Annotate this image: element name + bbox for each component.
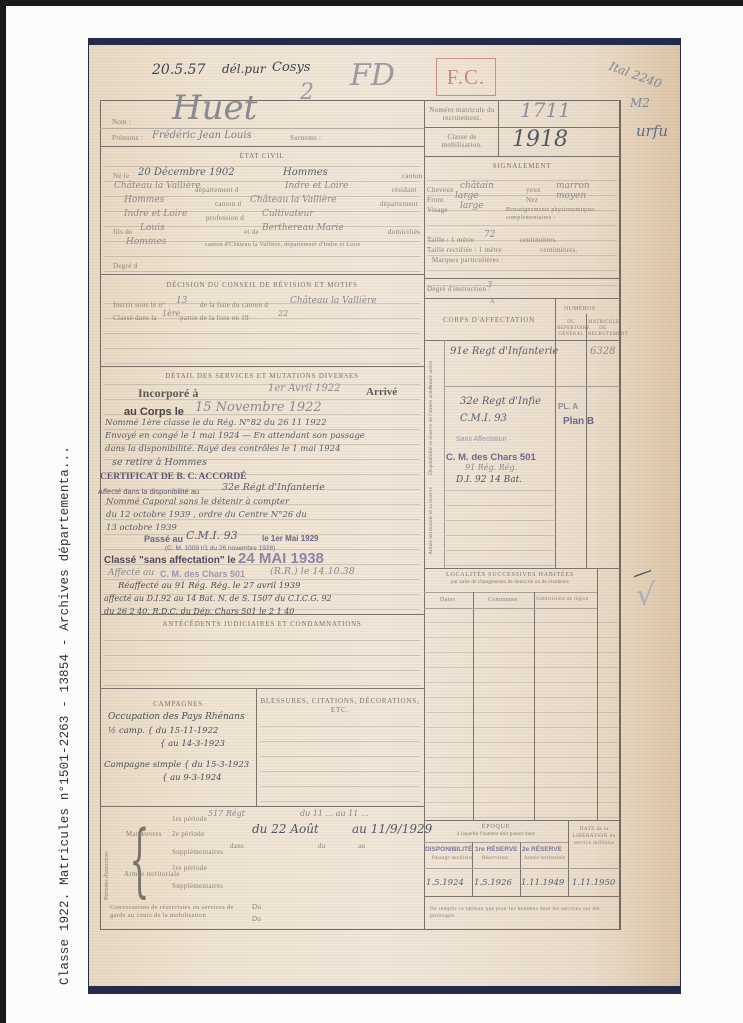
inscrit-label: Inscrit sous le n° bbox=[113, 301, 165, 309]
certificat-stamp: CERTIFICAT DE B. C. ACCORDÉ bbox=[100, 472, 247, 482]
periode2-label: 2e période bbox=[172, 830, 204, 838]
numeros-col2: MATRICULE DU RECRUTEMENT bbox=[588, 320, 618, 338]
birth-date: 20 Décembre 1902 bbox=[138, 167, 235, 178]
inscrit-num: 13 bbox=[176, 296, 187, 306]
canton-value: Château la Vallière bbox=[114, 181, 201, 191]
nez-value: moyen bbox=[556, 191, 586, 201]
epoque-col3-value: 1.11.1949 bbox=[521, 878, 564, 888]
residence-value: Hommes bbox=[124, 195, 164, 205]
nomme-line: Nommé Caporal sans le détenir à compter bbox=[106, 497, 289, 507]
epoque-subtitle: à laquelle l'homme doit passer dans bbox=[424, 832, 568, 837]
classe-partie-label: Classé dans la bbox=[113, 314, 157, 322]
margin-note-3: urfu bbox=[636, 122, 668, 140]
corps-affectation-title: CORPS D'AFFECTATION bbox=[424, 316, 554, 324]
localites-col-dates: Dates bbox=[440, 597, 455, 603]
epoque-footnote: Ne remplir ce tableau que pour les homme… bbox=[430, 906, 616, 920]
service-line: se retire à Hommes bbox=[112, 457, 207, 468]
partie-year: 22 bbox=[278, 309, 288, 318]
periode1-date: du 11 ... au 11 ... bbox=[300, 809, 369, 818]
ter-periode1-label: 1re période bbox=[172, 864, 207, 872]
domicile-value: Hommes bbox=[126, 237, 166, 247]
visage-value: large bbox=[460, 201, 484, 211]
affecte-value: 32e Régt d'Infanterie bbox=[222, 482, 325, 493]
departement2-label: département bbox=[380, 200, 418, 208]
epoque-col1: DISPONIBILITÉ bbox=[425, 846, 472, 853]
surnoms-label: Surnoms : bbox=[290, 134, 321, 142]
yeux-value: marron bbox=[556, 181, 590, 191]
domicilies-label: domiciliés bbox=[388, 228, 420, 236]
au-label: au bbox=[358, 842, 365, 850]
periode2-value: du 22 Août bbox=[252, 822, 319, 836]
campagne-line: Campagne simple { du 15-3-1923 bbox=[104, 760, 249, 770]
marques-label: Marques particulières : bbox=[432, 256, 503, 264]
margin-checkmark: √ bbox=[636, 578, 655, 613]
service-line: Envoyé en congé le 1 mai 1924 — En atten… bbox=[105, 431, 365, 441]
epoque-col1-sub: Passage auxiliaire bbox=[432, 856, 473, 861]
numeros-label: NUMÉROS bbox=[564, 306, 595, 312]
prenoms-value: Frédéric Jean Louis bbox=[152, 130, 252, 141]
affecte2-label: Affecté au bbox=[108, 568, 154, 578]
conseil-revision-title: DÉCISION DU CONSEIL DE RÉVISION ET MOTIF… bbox=[100, 281, 424, 289]
affecte2-value: (R.R.) le 14.10.38 bbox=[270, 566, 355, 577]
extra-line: Réaffecté au 91 Rég. Rég. le 27 avril 19… bbox=[118, 581, 300, 591]
archive-caption: Classe 1922. Matricules n°1501-2263 - 13… bbox=[58, 446, 72, 985]
taille-rectifiee-label: Taille rectifiée : 1 mètre bbox=[427, 246, 502, 254]
profession-label: profession d bbox=[206, 214, 244, 222]
instruction-label: Degré d'instruction : bbox=[427, 285, 491, 293]
epoque-col1-value: 1.5.1924 bbox=[426, 878, 464, 888]
scan-edge-top bbox=[0, 0, 743, 6]
liberation-date-value: 1.11.1950 bbox=[572, 878, 615, 888]
du-label: du bbox=[318, 842, 326, 850]
epoque-col2: 1re RÉSERVE bbox=[475, 846, 518, 853]
chars-stamp: C. M. des Chars 501 bbox=[446, 452, 536, 463]
localites-subtitle: par suite de changements de domicile ou … bbox=[424, 580, 596, 585]
services-title: DÉTAIL DES SERVICES ET MUTATIONS DIVERSE… bbox=[100, 372, 424, 380]
campagne-line: { au 14-3-1923 bbox=[160, 739, 225, 749]
extra-line: affecté au D.I.92 au 14 Bat. N. de S. 15… bbox=[104, 594, 332, 603]
epoque-col3: 2e RÉSERVE bbox=[522, 846, 562, 853]
mother-value: Berthereau Marie bbox=[262, 223, 344, 233]
residant-label: résidant bbox=[392, 186, 417, 194]
partie-label: partie de la liste en 19 bbox=[180, 314, 249, 322]
profession-value: Cultivateur bbox=[262, 209, 314, 219]
scan-edge-left bbox=[0, 0, 6, 1023]
annotation-note1: dél.pur bbox=[222, 62, 266, 76]
campagnes-title: CAMPAGNES bbox=[100, 700, 256, 708]
classe-value: 1918 bbox=[512, 127, 568, 152]
periode1-label: 1re période bbox=[172, 815, 207, 823]
matricule-label: Numéro matricule du recrutement. bbox=[428, 106, 496, 122]
territoriale-affectation-label: Armée territoriale et sa réserve bbox=[428, 487, 434, 555]
instruction-value: 3 bbox=[487, 280, 492, 289]
sans-affectation-stamp: Sans Affectation bbox=[456, 436, 506, 443]
matricule-value: 1711 bbox=[520, 98, 571, 122]
campagne-line: Occupation des Pays Rhénans bbox=[108, 712, 245, 722]
father-value: Louis bbox=[140, 223, 165, 233]
degre-label: Degré d bbox=[113, 262, 137, 270]
affectation-entry-name: C.M.I. 93 bbox=[460, 413, 507, 424]
supplementaires-label: Supplémentaires bbox=[172, 848, 223, 856]
ne-le-label: Né le bbox=[113, 172, 129, 180]
classe-label: Classe de mobilisation. bbox=[428, 133, 496, 149]
classe-partie: 1ère bbox=[162, 309, 180, 318]
affectation-entry-name: 91e Regt d'Infanterie bbox=[450, 346, 558, 357]
canton2-value: Château la Vallière bbox=[250, 195, 337, 205]
passe-label: Passé au bbox=[144, 534, 183, 544]
departement-value: Indre et Loire bbox=[285, 181, 348, 191]
centimetres-label: centimètres. bbox=[520, 236, 558, 244]
service-line: dans la disponibilité. Rayé des contrôle… bbox=[105, 444, 341, 454]
affectation-entry-num: 6328 bbox=[590, 346, 615, 357]
plan-stamp: Plan B bbox=[563, 416, 594, 427]
arrive-label: Arrivé bbox=[366, 386, 397, 398]
du1-label: Du bbox=[252, 903, 261, 911]
convocations-label: Convocations de réservistes ou services … bbox=[110, 904, 248, 920]
incorpore-label: Incorporé à bbox=[138, 386, 198, 401]
affectation-hw-2: D.I. 92 14 Bat. bbox=[456, 475, 522, 485]
au-corps-label: au Corps le bbox=[124, 406, 184, 418]
annotation-date: 20.5.57 bbox=[152, 62, 205, 78]
affecte2-stamp: C. M. des Chars 501 bbox=[160, 569, 245, 579]
incorpore-date: 1er Avril 1922 bbox=[268, 383, 341, 394]
center-divider bbox=[424, 100, 425, 930]
manoeuvres-label: Manœuvres bbox=[126, 830, 162, 838]
domicile-canton: canton d'Château la Vallière, départemen… bbox=[205, 242, 361, 248]
affectation-hw-1: 91 Rég. Rég. bbox=[465, 463, 517, 472]
service-line: Nommé 1ère classe le du Rég. N°82 du 26 … bbox=[105, 418, 326, 428]
periode1-value: 517 Régt bbox=[208, 809, 245, 818]
periode2-date: au 11/9/1929 bbox=[352, 822, 432, 836]
exercices-vertical-label: Périodes d'exercices bbox=[104, 851, 110, 900]
epoque-col3-sub: Armée territoriale bbox=[524, 856, 565, 861]
pl-stamp: PL. A bbox=[558, 402, 578, 411]
campagne-line: { au 9-3-1924 bbox=[162, 773, 222, 783]
classe-sans-affectation: Classé "sans affectation" le bbox=[104, 555, 236, 566]
nomme-line-2: du 12 octobre 1939 , ordre du Centre N°2… bbox=[106, 510, 307, 520]
fils-label: fils de bbox=[113, 228, 132, 236]
etat-civil-title: ÉTAT CIVIL bbox=[100, 152, 424, 160]
campagne-line: ½ camp. { du 15-11-1922 bbox=[108, 726, 218, 736]
millimetres-label: centimètres. bbox=[540, 246, 578, 254]
margin-note-2: M2 bbox=[630, 96, 650, 110]
corps-affectation-marker: A bbox=[490, 298, 495, 305]
canton-label: canton bbox=[402, 172, 422, 180]
nez-label: Nez bbox=[526, 196, 538, 204]
liste-label: de la liste du canton d bbox=[200, 301, 268, 309]
yeux-label: yeux bbox=[526, 186, 541, 194]
canton2-label: canton d bbox=[215, 200, 241, 208]
affecte-label: Affecté dans la disponibilité au bbox=[98, 487, 199, 496]
liste-canton: Château la Vallière bbox=[290, 296, 377, 306]
nomme-line-3: 13 octobre 1939 bbox=[106, 523, 177, 533]
localites-col-communes: Communes bbox=[488, 597, 518, 603]
antecedents-title: ANTÉCÉDENTS JUDICIAIRES ET CONDAMNATIONS bbox=[100, 620, 424, 628]
fc-stamp: F.C. bbox=[436, 58, 496, 96]
prenoms-label: Prénoms : bbox=[112, 134, 143, 142]
nom-label: Nom : bbox=[112, 118, 131, 126]
taille-value: 72 bbox=[484, 230, 495, 240]
numeros-col1: DU RÉPERTOIRE GÉNÉRAL bbox=[557, 320, 585, 338]
departement-label: département d bbox=[195, 186, 239, 194]
localites-col-subdivisions: Subdivisions de région bbox=[536, 597, 588, 602]
front-label: Front bbox=[427, 196, 444, 204]
ter-supp-label: Supplémentaires bbox=[172, 882, 223, 890]
classe-sans-date: 24 MAI 1938 bbox=[238, 550, 324, 567]
dans-label: dans bbox=[230, 842, 244, 850]
epoque-col2-sub: Réservistes bbox=[482, 856, 508, 861]
taille-label: Taille : 1 mètre bbox=[427, 236, 474, 244]
signalement-title: SIGNALEMENT bbox=[424, 162, 620, 170]
passe-value: C.M.I. 93 bbox=[186, 529, 238, 542]
cheveux-value: châtain bbox=[460, 181, 494, 191]
annotation-note2: Cosys bbox=[272, 60, 310, 75]
du2-label: Du bbox=[252, 915, 261, 923]
disponibilite-label: Disponibilité et réserve de l'armée acti… bbox=[428, 395, 434, 475]
passe-stamp: le 1er Mai 1929 bbox=[262, 534, 318, 543]
cheveux-label: Cheveux bbox=[427, 186, 454, 194]
blessures-title: BLESSURES, CITATIONS, DÉCORATIONS, ETC. bbox=[256, 697, 424, 715]
epoque-title: ÉPOQUE bbox=[424, 824, 568, 830]
surname-handwritten: Huet bbox=[172, 88, 257, 128]
birth-place: Hommes bbox=[283, 167, 328, 178]
mother-label: et de bbox=[244, 228, 259, 236]
renseignements-label: Renseignements physionomiques complément… bbox=[506, 206, 618, 222]
liberation-date-label: DATE de la LIBÉRATION du service militai… bbox=[570, 826, 618, 847]
annotation-initials: FD bbox=[350, 58, 395, 93]
epoque-col2-value: 1.5.1926 bbox=[474, 878, 512, 888]
localites-title: LOCALITÉS SUCCESSIVES HABITÉES bbox=[424, 572, 596, 578]
visage-label: Visage bbox=[427, 206, 448, 214]
affectation-entry-name: 32e Regt d'Infie bbox=[460, 396, 541, 407]
front-value: large bbox=[455, 191, 479, 201]
departement2-value: Indre et Loire bbox=[124, 209, 187, 219]
au-corps-date: 15 Novembre 1922 bbox=[195, 400, 322, 415]
